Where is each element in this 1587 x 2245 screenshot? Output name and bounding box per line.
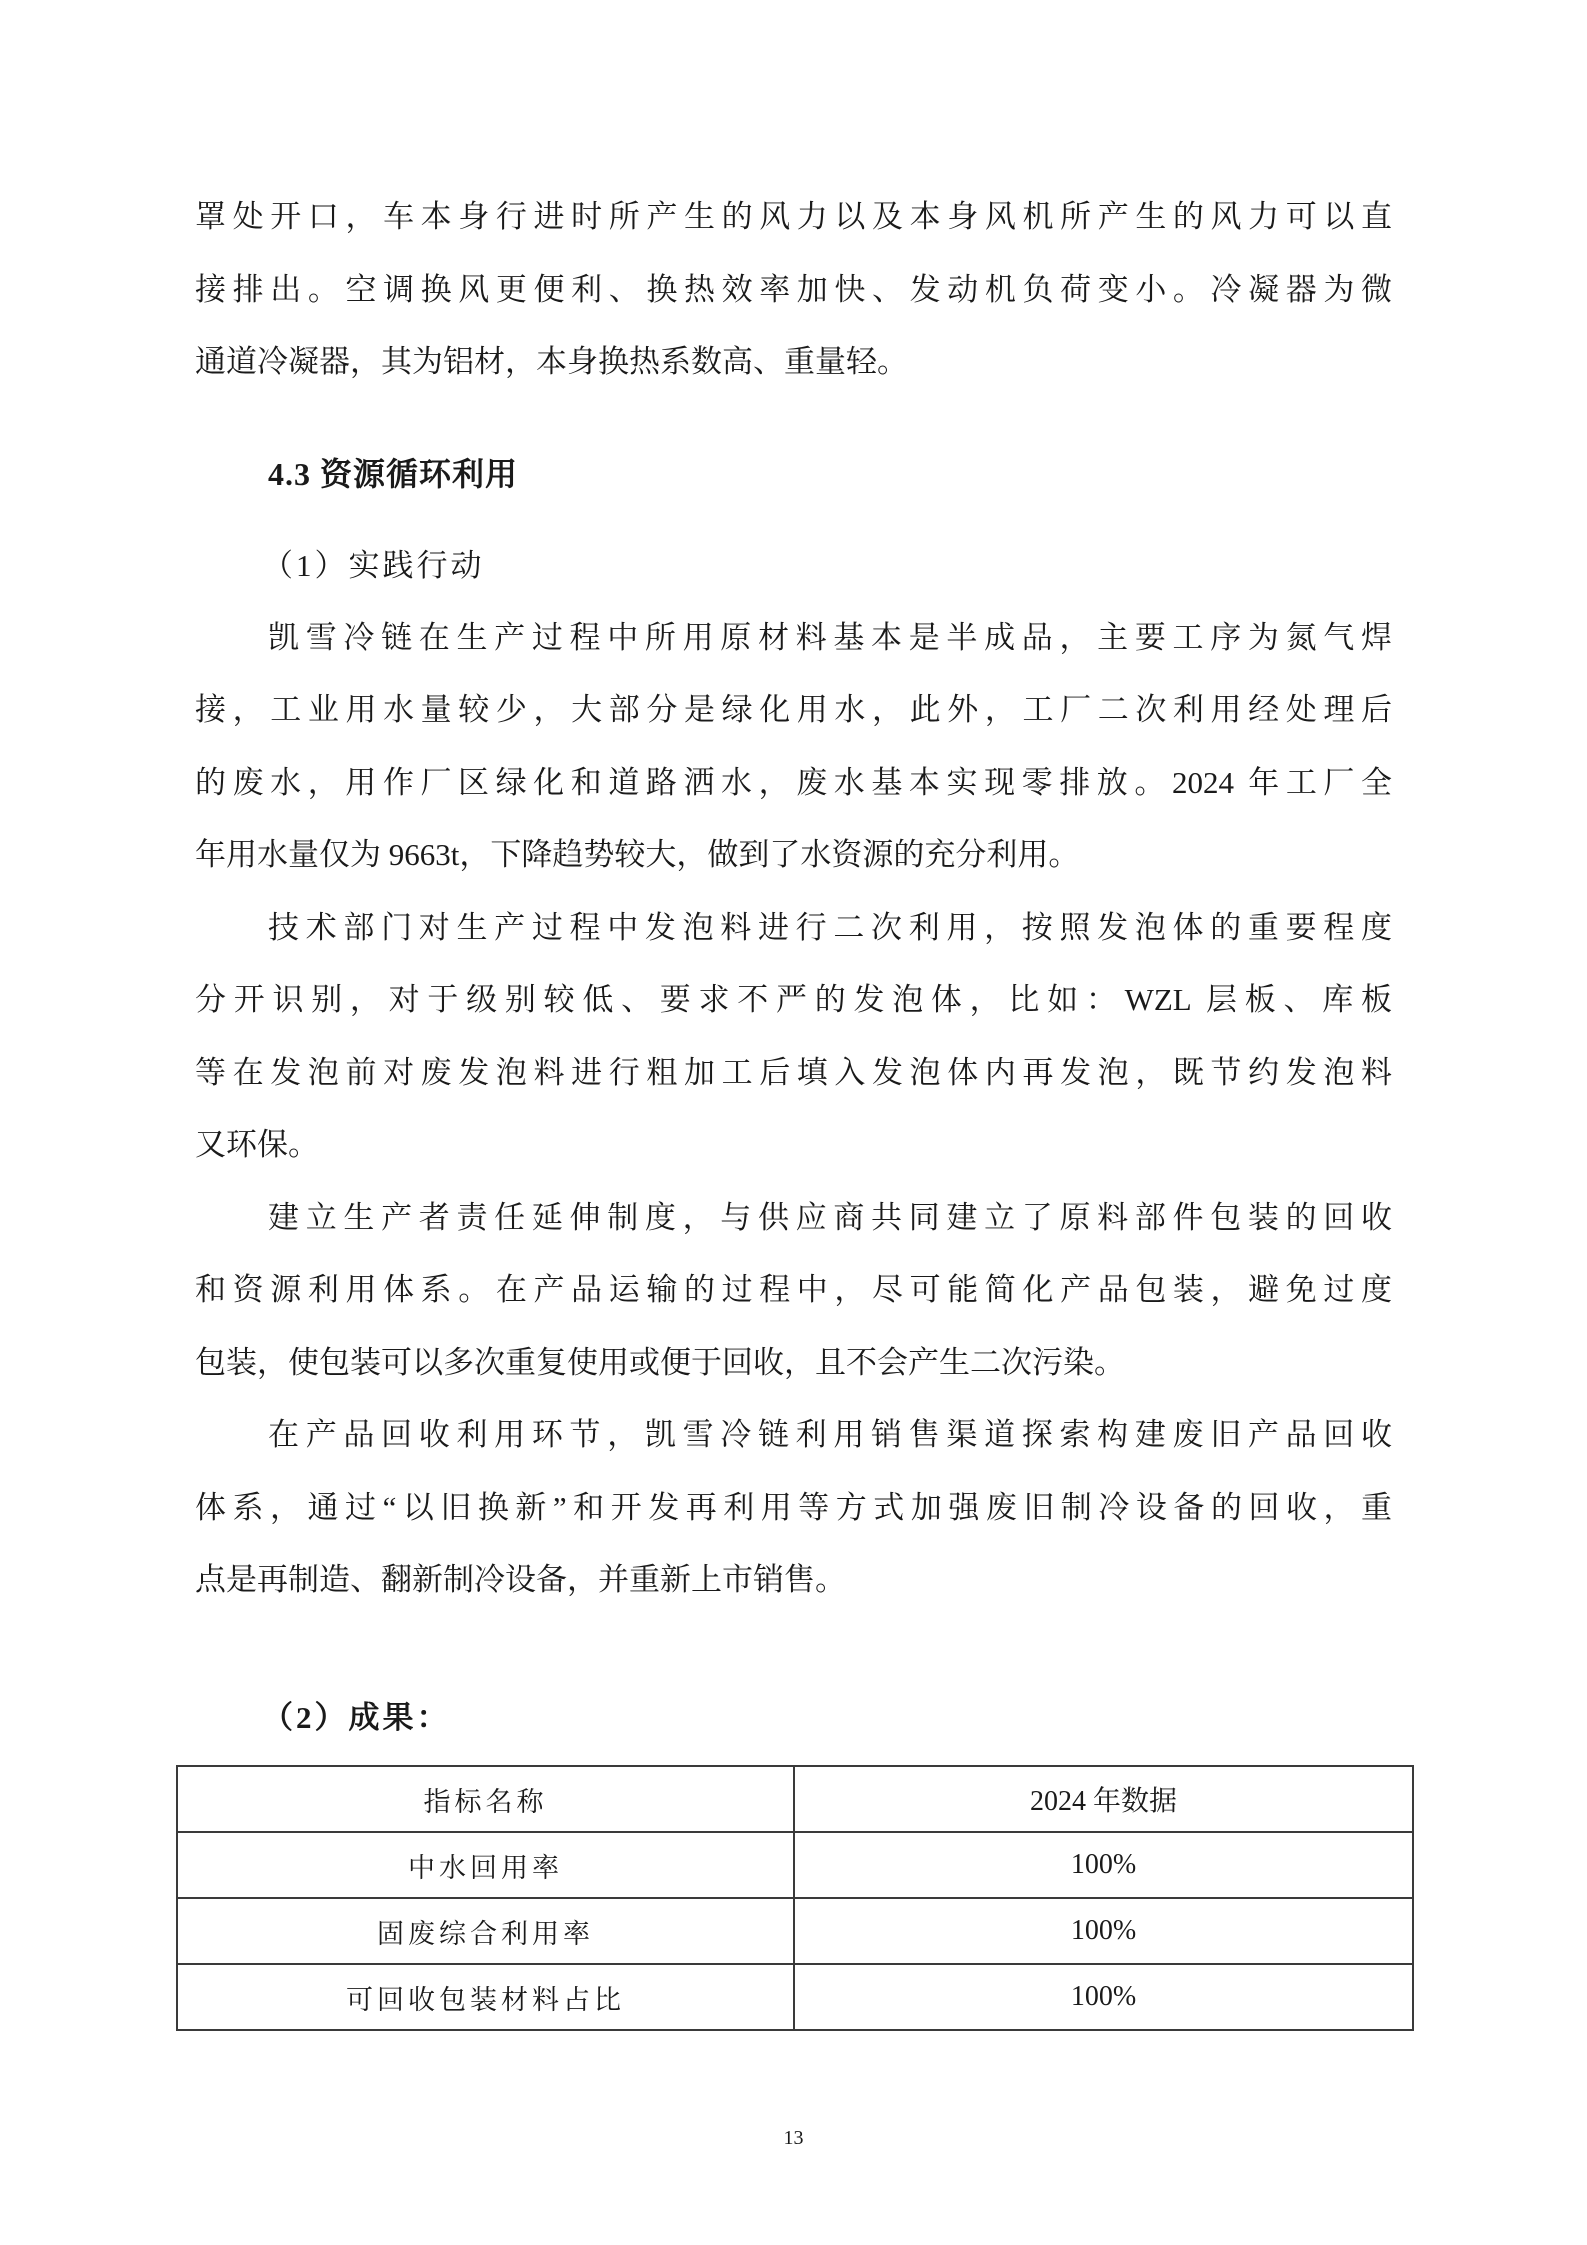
table-cell-indicator: 固废综合利用率	[177, 1898, 794, 1964]
section-heading: 4.3 资源循环利用	[268, 452, 518, 496]
table-row: 中水回用率 100%	[177, 1832, 1413, 1898]
paragraph-line: 接，工业用水量较少，大部分是绿化用水，此外，工厂二次利用经处理后	[195, 688, 1392, 732]
table-header-row: 指标名称 2024 年数据	[177, 1766, 1413, 1832]
results-table: 指标名称 2024 年数据 中水回用率 100% 固废综合利用率 100% 可回…	[176, 1765, 1414, 2031]
subsection-title-practice: （1）实践行动	[262, 544, 485, 588]
paragraph-line: 技术部门对生产过程中发泡料进行二次利用，按照发泡体的重要程度	[268, 906, 1392, 950]
table-cell-indicator: 中水回用率	[177, 1832, 794, 1898]
table-header-2024-data: 2024 年数据	[794, 1766, 1413, 1832]
table-cell-value: 100%	[794, 1832, 1413, 1898]
paragraph-line: 通道冷凝器，其为铝材，本身换热系数高、重量轻。	[195, 340, 1392, 384]
paragraph-line: 等在发泡前对废发泡料进行粗加工后填入发泡体内再发泡，既节约发泡料	[195, 1051, 1392, 1095]
paragraph-line: 包装，使包装可以多次重复使用或便于回收，且不会产生二次污染。	[195, 1341, 1392, 1385]
paragraph-line: 分开识别，对于级别较低、要求不严的发泡体，比如：WZL 层板、库板	[195, 978, 1392, 1022]
paragraph-line: 罩处开口，车本身行进时所产生的风力以及本身风机所产生的风力可以直	[195, 195, 1392, 239]
table-cell-value: 100%	[794, 1898, 1413, 1964]
table-cell-value: 100%	[794, 1964, 1413, 2030]
table-header-indicator: 指标名称	[177, 1766, 794, 1832]
paragraph-line: 体系，通过“以旧换新”和开发再利用等方式加强废旧制冷设备的回收，重	[195, 1486, 1392, 1530]
paragraph-line: 点是再制造、翻新制冷设备，并重新上市销售。	[195, 1558, 1392, 1602]
paragraph-line: 年用水量仅为 9663t，下降趋势较大，做到了水资源的充分利用。	[195, 833, 1392, 877]
paragraph-line: 建立生产者责任延伸制度，与供应商共同建立了原料部件包装的回收	[268, 1196, 1392, 1240]
table-row: 固废综合利用率 100%	[177, 1898, 1413, 1964]
paragraph-line: 凯雪冷链在生产过程中所用原材料基本是半成品，主要工序为氮气焊	[268, 616, 1392, 660]
paragraph-line: 又环保。	[195, 1123, 1392, 1167]
paragraph-line: 和资源利用体系。在产品运输的过程中，尽可能简化产品包装，避免过度	[195, 1268, 1392, 1312]
subsection-title-results: （2）成果：	[262, 1696, 451, 1740]
paragraph-line: 的废水，用作厂区绿化和道路洒水，废水基本实现零排放。2024 年工厂全	[195, 761, 1392, 805]
paragraph-line: 在产品回收利用环节，凯雪冷链利用销售渠道探索构建废旧产品回收	[268, 1413, 1392, 1457]
table-row: 可回收包装材料占比 100%	[177, 1964, 1413, 2030]
table-cell-indicator: 可回收包装材料占比	[177, 1964, 794, 2030]
page-number: 13	[0, 2124, 1587, 2152]
document-page: 罩处开口，车本身行进时所产生的风力以及本身风机所产生的风力可以直 接排出。空调换…	[0, 0, 1587, 2245]
paragraph-line: 接排出。空调换风更便利、换热效率加快、发动机负荷变小。冷凝器为微	[195, 268, 1392, 312]
